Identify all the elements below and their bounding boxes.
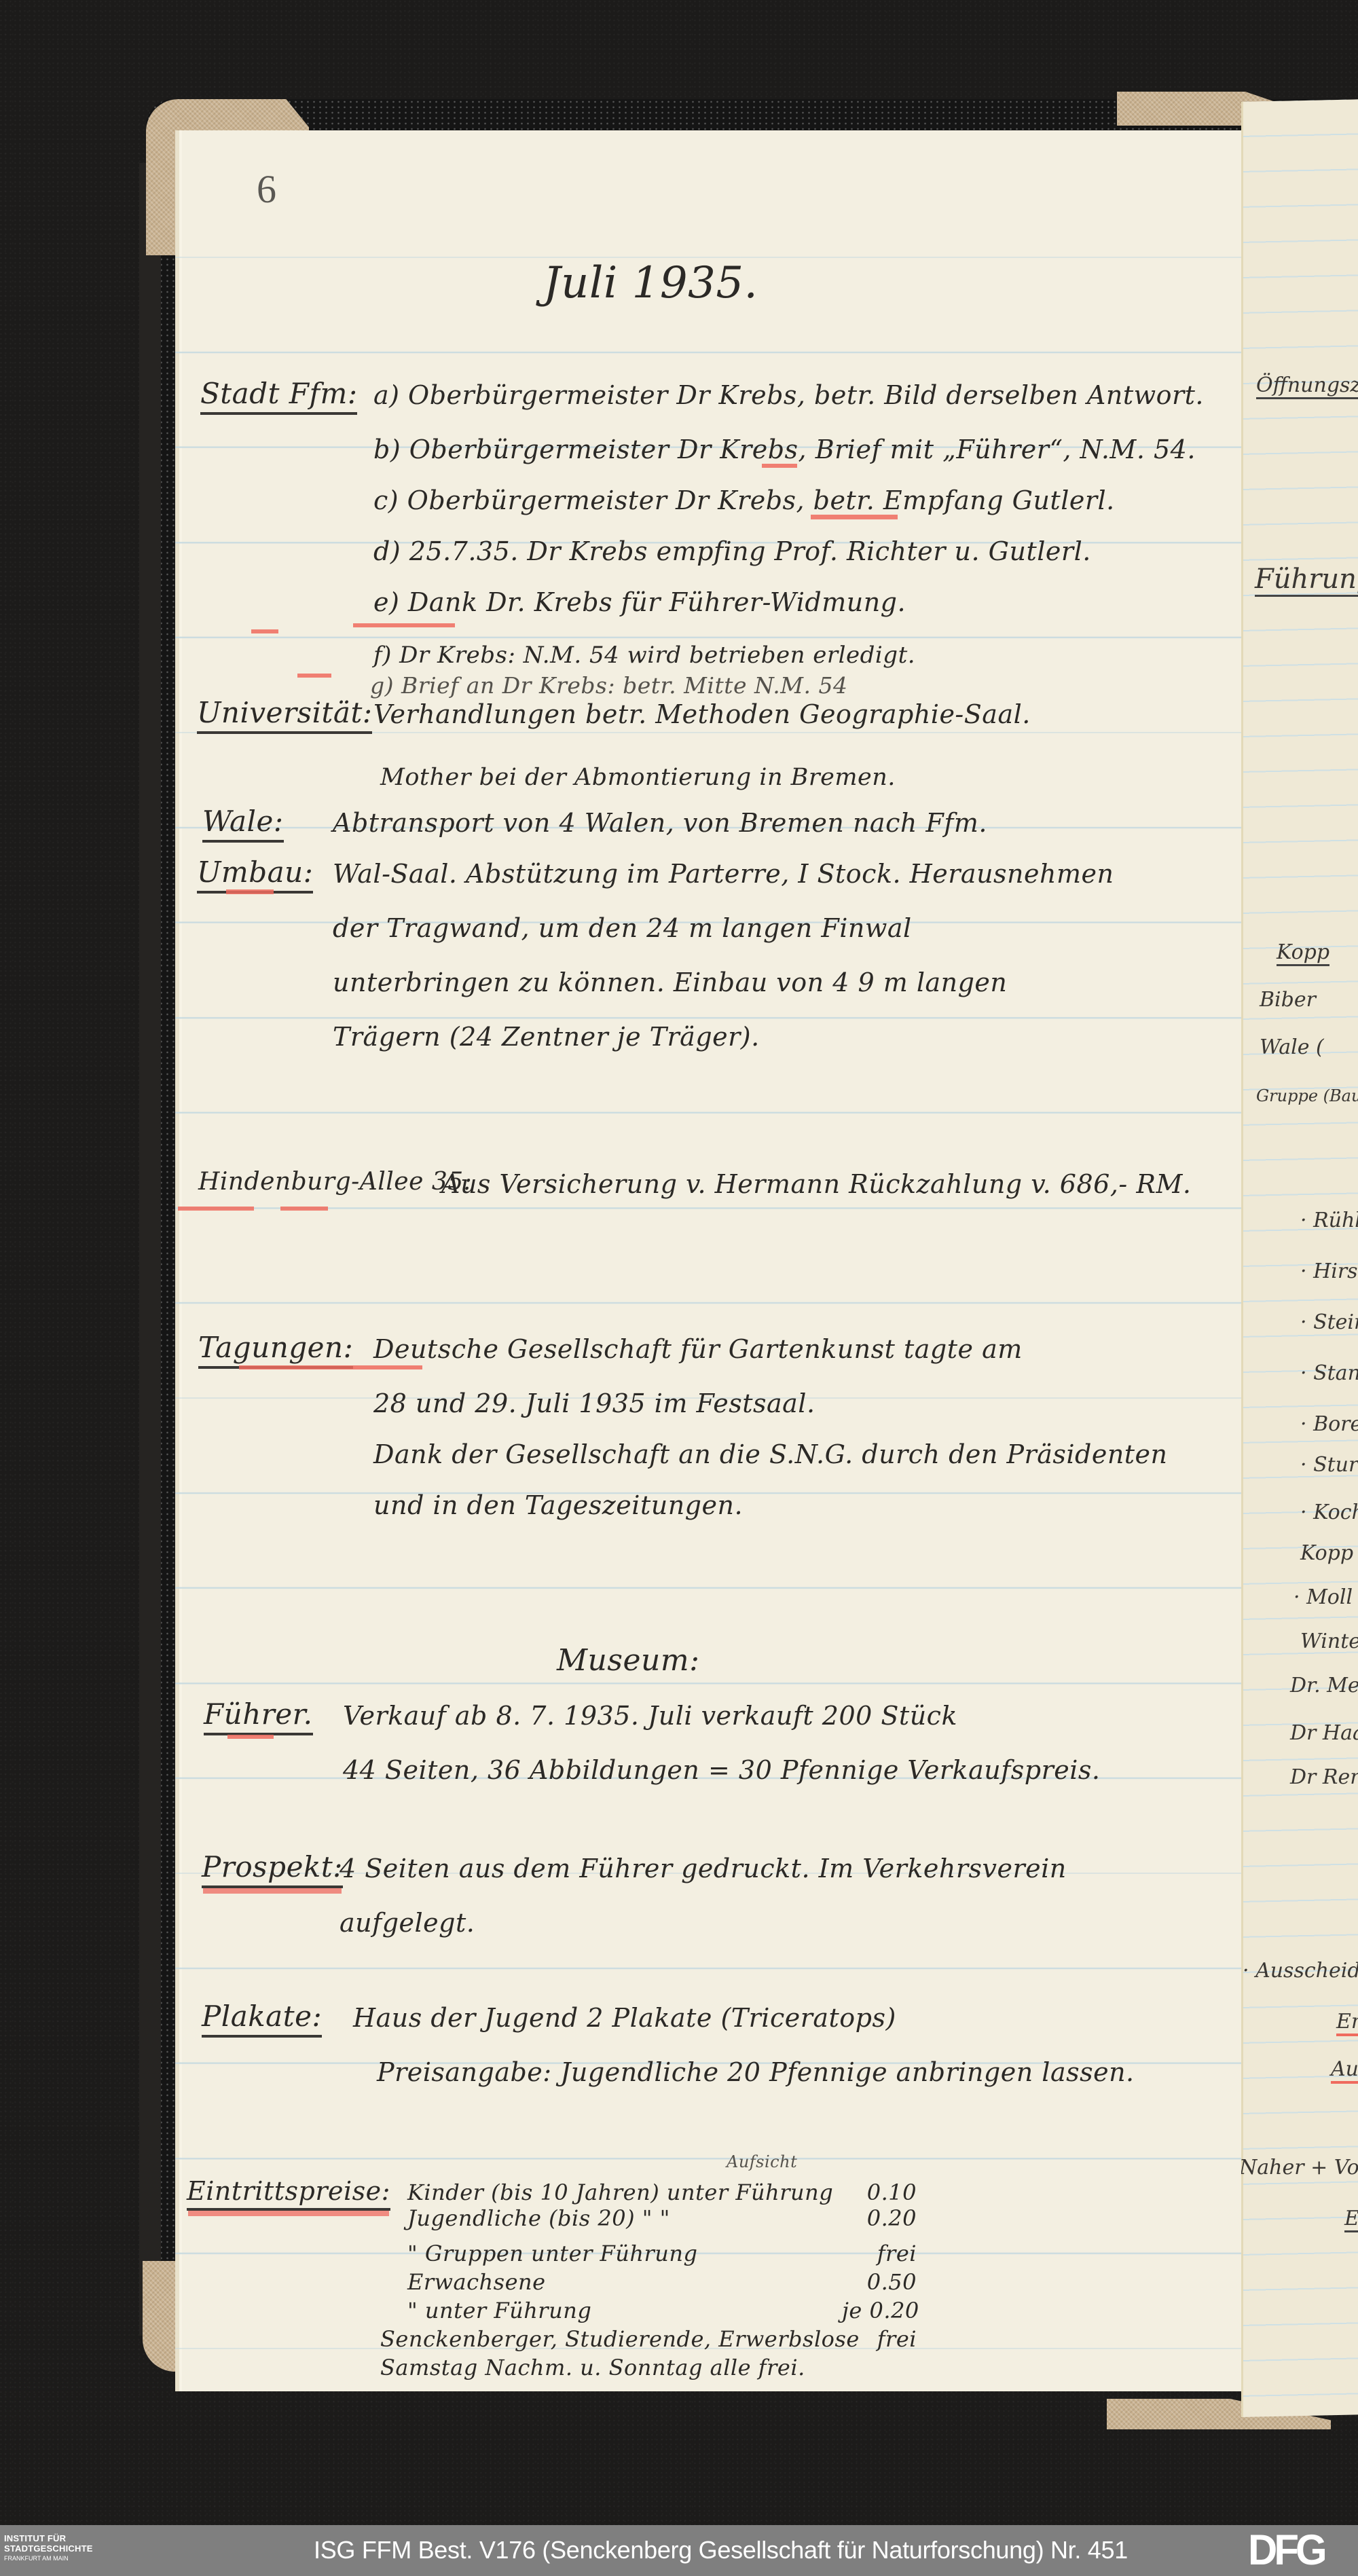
entry-line: 4 Seiten aus dem Führer gedruckt. Im Ver… [339, 1854, 1067, 1883]
red-underline [227, 1735, 274, 1739]
red-underline [251, 629, 278, 633]
facing-fragment: Dr Rentin [1290, 1765, 1358, 1789]
price-row: Senckenberger, Studierende, Erwerbslosef… [380, 2326, 917, 2352]
section-label: Führer. [204, 1697, 313, 1735]
entry-line: c) Oberbürgermeister Dr Krebs, betr. Emp… [373, 485, 1115, 515]
facing-fragment: Kopp [1300, 1541, 1353, 1565]
entry-line: und in den Tageszeitungen. [373, 1490, 743, 1520]
red-underline [297, 674, 331, 678]
entry-line: Trägern (24 Zentner je Träger). [333, 1022, 760, 1052]
facing-fragment: Winter [1300, 1630, 1358, 1653]
price-value: je 0.20 [842, 2298, 917, 2323]
entry-line: d) 25.7.35. Dr Krebs empfing Prof. Richt… [373, 536, 1091, 566]
price-item: " Gruppen unter Führung [407, 2241, 842, 2266]
institution-line: STADTGESCHICHTE [4, 2543, 93, 2554]
entry-line: Verhandlungen betr. Methoden Geographie-… [373, 699, 1031, 729]
price-item: " unter Führung [407, 2298, 842, 2323]
entry-line: b) Oberbürgermeister Dr Krebs, Brief mit… [373, 435, 1196, 464]
facing-fragment: Führunge [1255, 564, 1358, 597]
price-value: frei [842, 2326, 917, 2352]
price-value: 0.20 [842, 2205, 917, 2231]
facing-fragment: · Steinha [1300, 1310, 1358, 1334]
price-row: Erwachsene0.50 [407, 2269, 917, 2295]
section-label: Plakate: [202, 2000, 322, 2038]
entry-line: Wal-Saal. Abstützung im Parterre, I Stoc… [333, 859, 1114, 889]
facing-fragment: · Rühl [1300, 1209, 1358, 1232]
entry-line: Verkauf ab 8. 7. 1935. Juli verkauft 200… [343, 1701, 957, 1731]
price-item: Senckenberger, Studierende, Erwerbslose [380, 2326, 842, 2352]
ledger-page [175, 130, 1241, 2391]
ruled-lines [175, 130, 1241, 2391]
entry-line: aufgelegt. [339, 1908, 475, 1938]
facing-fragment: · Koch [1300, 1501, 1358, 1524]
red-underline [239, 1365, 422, 1369]
entry-line: Abtransport von 4 Walen, von Bremen nach… [333, 808, 987, 838]
facing-fragment: · Stande [1300, 1361, 1358, 1385]
price-row: " unter Führungje 0.20 [407, 2298, 917, 2323]
price-value: 0.10 [842, 2179, 917, 2205]
price-row: " Gruppen unter Führungfrei [407, 2241, 917, 2266]
page-heading: Juli 1935. [543, 258, 758, 308]
entry-line: e) Dank Dr. Krebs für Führer-Widmung. [373, 587, 906, 617]
entry-line: 44 Seiten, 36 Abbildungen = 30 Pfennige … [343, 1755, 1100, 1785]
red-underline [762, 464, 797, 468]
facing-fragment: Biber [1260, 988, 1316, 1012]
red-underline [178, 1207, 254, 1211]
price-row: Jugendliche (bis 20) " "0.20 [407, 2205, 917, 2231]
red-underline [353, 623, 455, 627]
facing-fragment: · Ausscheiden ( [1243, 1959, 1358, 1983]
facing-fragment: Aub [1331, 2057, 1358, 2084]
section-label: Hindenburg-Allee 35: [198, 1168, 472, 1196]
price-item: Jugendliche (bis 20) " " [407, 2205, 842, 2231]
entry-line: Deutsche Gesellschaft für Gartenkunst ta… [373, 1334, 1023, 1364]
price-item: Kinder (bis 10 Jahren) unter Führung [407, 2179, 842, 2205]
price-value: 0.50 [842, 2269, 917, 2295]
institution-logo: INSTITUT FÜR STADTGESCHICHTE FRANKFURT A… [4, 2533, 93, 2564]
price-item: Erwachsene [407, 2269, 842, 2295]
page-number: 6 [257, 166, 276, 212]
facing-fragment: Dr Haas [1290, 1721, 1358, 1745]
red-underline [280, 1207, 328, 1211]
price-item: Samstag Nachm. u. Sonntag alle frei. [380, 2355, 842, 2380]
facing-fragment: Kopp [1277, 940, 1329, 966]
entry-line: f) Dr Krebs: N.M. 54 wird betrieben erle… [373, 642, 915, 669]
institution-line: FRANKFURT AM MAIN [4, 2554, 93, 2564]
entry-line: 28 und 29. Juli 1935 im Festsaal. [373, 1388, 815, 1418]
price-list: Kinder (bis 10 Jahren) unter Führung0.10… [407, 2179, 917, 2380]
red-underline [811, 515, 898, 519]
price-value: frei [842, 2241, 917, 2266]
red-underline [226, 889, 274, 894]
institution-line: INSTITUT FÜR [4, 2533, 93, 2543]
price-row: Samstag Nachm. u. Sonntag alle frei. [380, 2355, 917, 2380]
facing-fragment: Eu [1344, 2207, 1358, 2232]
insertion-note: Aufsicht [727, 2152, 797, 2171]
facing-fragment: Em [1336, 2010, 1358, 2036]
section-label: Stadt Ffm: [200, 377, 357, 415]
entry-line: der Tragwand, um den 24 m langen Finwal [333, 913, 912, 943]
facing-fragment: Gruppe (Baum) geändert [1256, 1086, 1358, 1105]
entry-line: g) Brief an Dr Krebs: betr. Mitte N.M. 5… [370, 672, 848, 699]
section-label: Eintrittspreise: [187, 2176, 390, 2211]
entry-line: unterbringen zu können. Einbau von 4 9 m… [333, 968, 1007, 997]
price-row: Kinder (bis 10 Jahren) unter Führung0.10 [407, 2179, 917, 2205]
facing-fragment: Naher + Volk: a [1239, 2156, 1358, 2179]
facing-fragment: · Sturm [1300, 1453, 1358, 1477]
facing-fragment: · Boretz [1300, 1412, 1358, 1436]
archive-reference: ISG FFM Best. V176 (Senckenberg Gesellsc… [314, 2536, 1128, 2564]
section-label: Wale: [202, 805, 284, 843]
book-edge [139, 163, 161, 2336]
facing-fragment: · Hirsch [1300, 1259, 1358, 1283]
section-label: Prospekt: [202, 1850, 343, 1888]
entry-line: Preisangabe: Jugendliche 20 Pfennige anb… [377, 2057, 1135, 2087]
entry-line: Aus Versicherung v. Hermann Rückzahlung … [441, 1169, 1191, 1199]
entry-line: Mother bei der Abmontierung in Bremen. [380, 764, 896, 791]
facing-fragment: Dr. Merte [1290, 1674, 1358, 1697]
entry-line: a) Oberbürgermeister Dr Krebs, betr. Bil… [373, 380, 1204, 410]
entry-line: Haus der Jugend 2 Plakate (Triceratops) [353, 2003, 896, 2033]
section-label: Umbau: [197, 855, 313, 894]
subheading-museum: Museum: [557, 1643, 699, 1678]
section-label: Tagungen: [198, 1331, 353, 1369]
entry-line: Dank der Gesellschaft an die S.N.G. durc… [373, 1439, 1168, 1469]
facing-fragment: · Moll [1293, 1585, 1353, 1609]
facing-fragment: Öffnungszeit [1256, 373, 1358, 399]
dfg-logo: DFG [1248, 2529, 1324, 2572]
archive-footer: INSTITUT FÜR STADTGESCHICHTE FRANKFURT A… [0, 2525, 1358, 2576]
section-label: Universität: [197, 696, 372, 734]
facing-fragment: Wale ( [1260, 1035, 1324, 1059]
